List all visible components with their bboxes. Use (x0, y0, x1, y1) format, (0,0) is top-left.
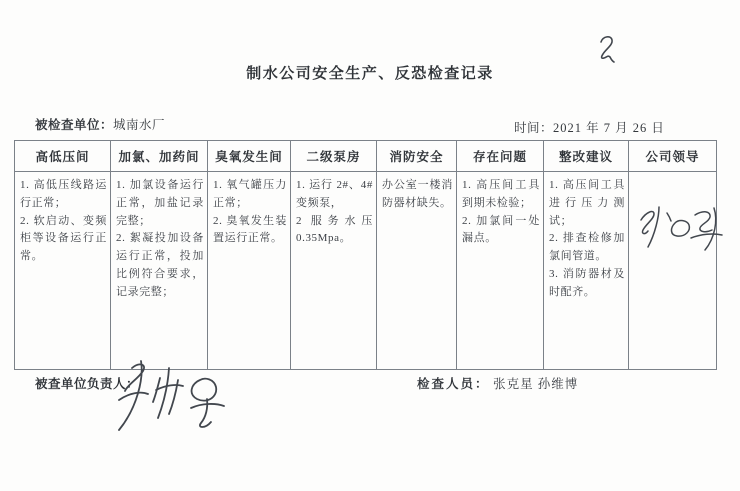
cell-company-leader (629, 172, 716, 369)
document-title: 制水公司安全生产、反恐检查记录 (0, 62, 740, 83)
column-company-leader: 公司领导 (629, 141, 716, 369)
column-header: 加氯、加药间 (111, 141, 207, 172)
handwritten-page-mark (596, 33, 620, 65)
column-header: 二级泵房 (291, 141, 376, 172)
cell-fire-safety: 办公室一楼消防器材缺失。 (377, 172, 456, 369)
column-ozone-room: 臭氧发生间 1. 氧气罐压力正常； 2. 臭氧发生装置运行正常。 (208, 141, 291, 369)
responsible-person-signature (106, 358, 242, 436)
column-header: 公司领导 (629, 141, 716, 172)
column-chlorination: 加氯、加药间 1. 加氯设备运行正常，加盐记录完整； 2. 絮凝投加设备运行正常… (111, 141, 208, 369)
inspected-unit-label: 被检查单位： (35, 118, 113, 132)
cell-chlorination: 1. 加氯设备运行正常，加盐记录完整； 2. 絮凝投加设备运行正常，投加比例符合… (111, 172, 207, 369)
cell-rectification: 1. 高压间工具进行压力测试； 2. 排查检修加氯间管道。 3. 消防器材及时配… (544, 172, 628, 369)
cell-ozone-room: 1. 氧气罐压力正常； 2. 臭氧发生装置运行正常。 (208, 172, 290, 369)
inspectors-line: 检查人员： 张克星 孙维博 (417, 374, 578, 392)
column-header: 整改建议 (544, 141, 628, 172)
inspected-unit-line: 被检查单位：城南水厂 (35, 115, 165, 133)
column-existing-problems: 存在问题 1. 高压间工具到期未检验； 2. 加氯间一处漏点。 (457, 141, 544, 369)
inspection-time-line: 时间：2021 年 7 月 26 日 (514, 118, 665, 136)
time-label: 时间： (514, 121, 553, 135)
cell-pump-house: 1. 运行 2#、4#变频泵， 2 服务水压0.35Mpa。 (291, 172, 376, 369)
column-fire-safety: 消防安全 办公室一楼消防器材缺失。 (377, 141, 457, 369)
company-leader-signature (633, 200, 725, 256)
inspection-record-document: 制水公司安全生产、反恐检查记录 被检查单位：城南水厂 时间：2021 年 7 月… (0, 0, 740, 491)
column-rectification: 整改建议 1. 高压间工具进行压力测试； 2. 排查检修加氯间管道。 3. 消防… (544, 141, 629, 369)
inspectors-label: 检查人员： (417, 377, 490, 391)
column-pump-house: 二级泵房 1. 运行 2#、4#变频泵， 2 服务水压0.35Mpa。 (291, 141, 377, 369)
column-header: 高低压间 (15, 141, 110, 172)
inspected-unit-value: 城南水厂 (113, 118, 165, 132)
time-value: 2021 年 7 月 26 日 (553, 121, 665, 135)
column-header: 臭氧发生间 (208, 141, 290, 172)
cell-existing-problems: 1. 高压间工具到期未检验； 2. 加氯间一处漏点。 (457, 172, 543, 369)
column-header: 存在问题 (457, 141, 543, 172)
column-high-low-voltage: 高低压间 1. 高低压线路运行正常； 2. 软启动、变频柜等设备运行正常。 (15, 141, 111, 369)
inspectors-names: 张克星 孙维博 (493, 377, 578, 391)
inspection-table: 高低压间 1. 高低压线路运行正常； 2. 软启动、变频柜等设备运行正常。 加氯… (14, 140, 717, 370)
cell-high-low-voltage: 1. 高低压线路运行正常； 2. 软启动、变频柜等设备运行正常。 (15, 172, 110, 369)
column-header: 消防安全 (377, 141, 456, 172)
